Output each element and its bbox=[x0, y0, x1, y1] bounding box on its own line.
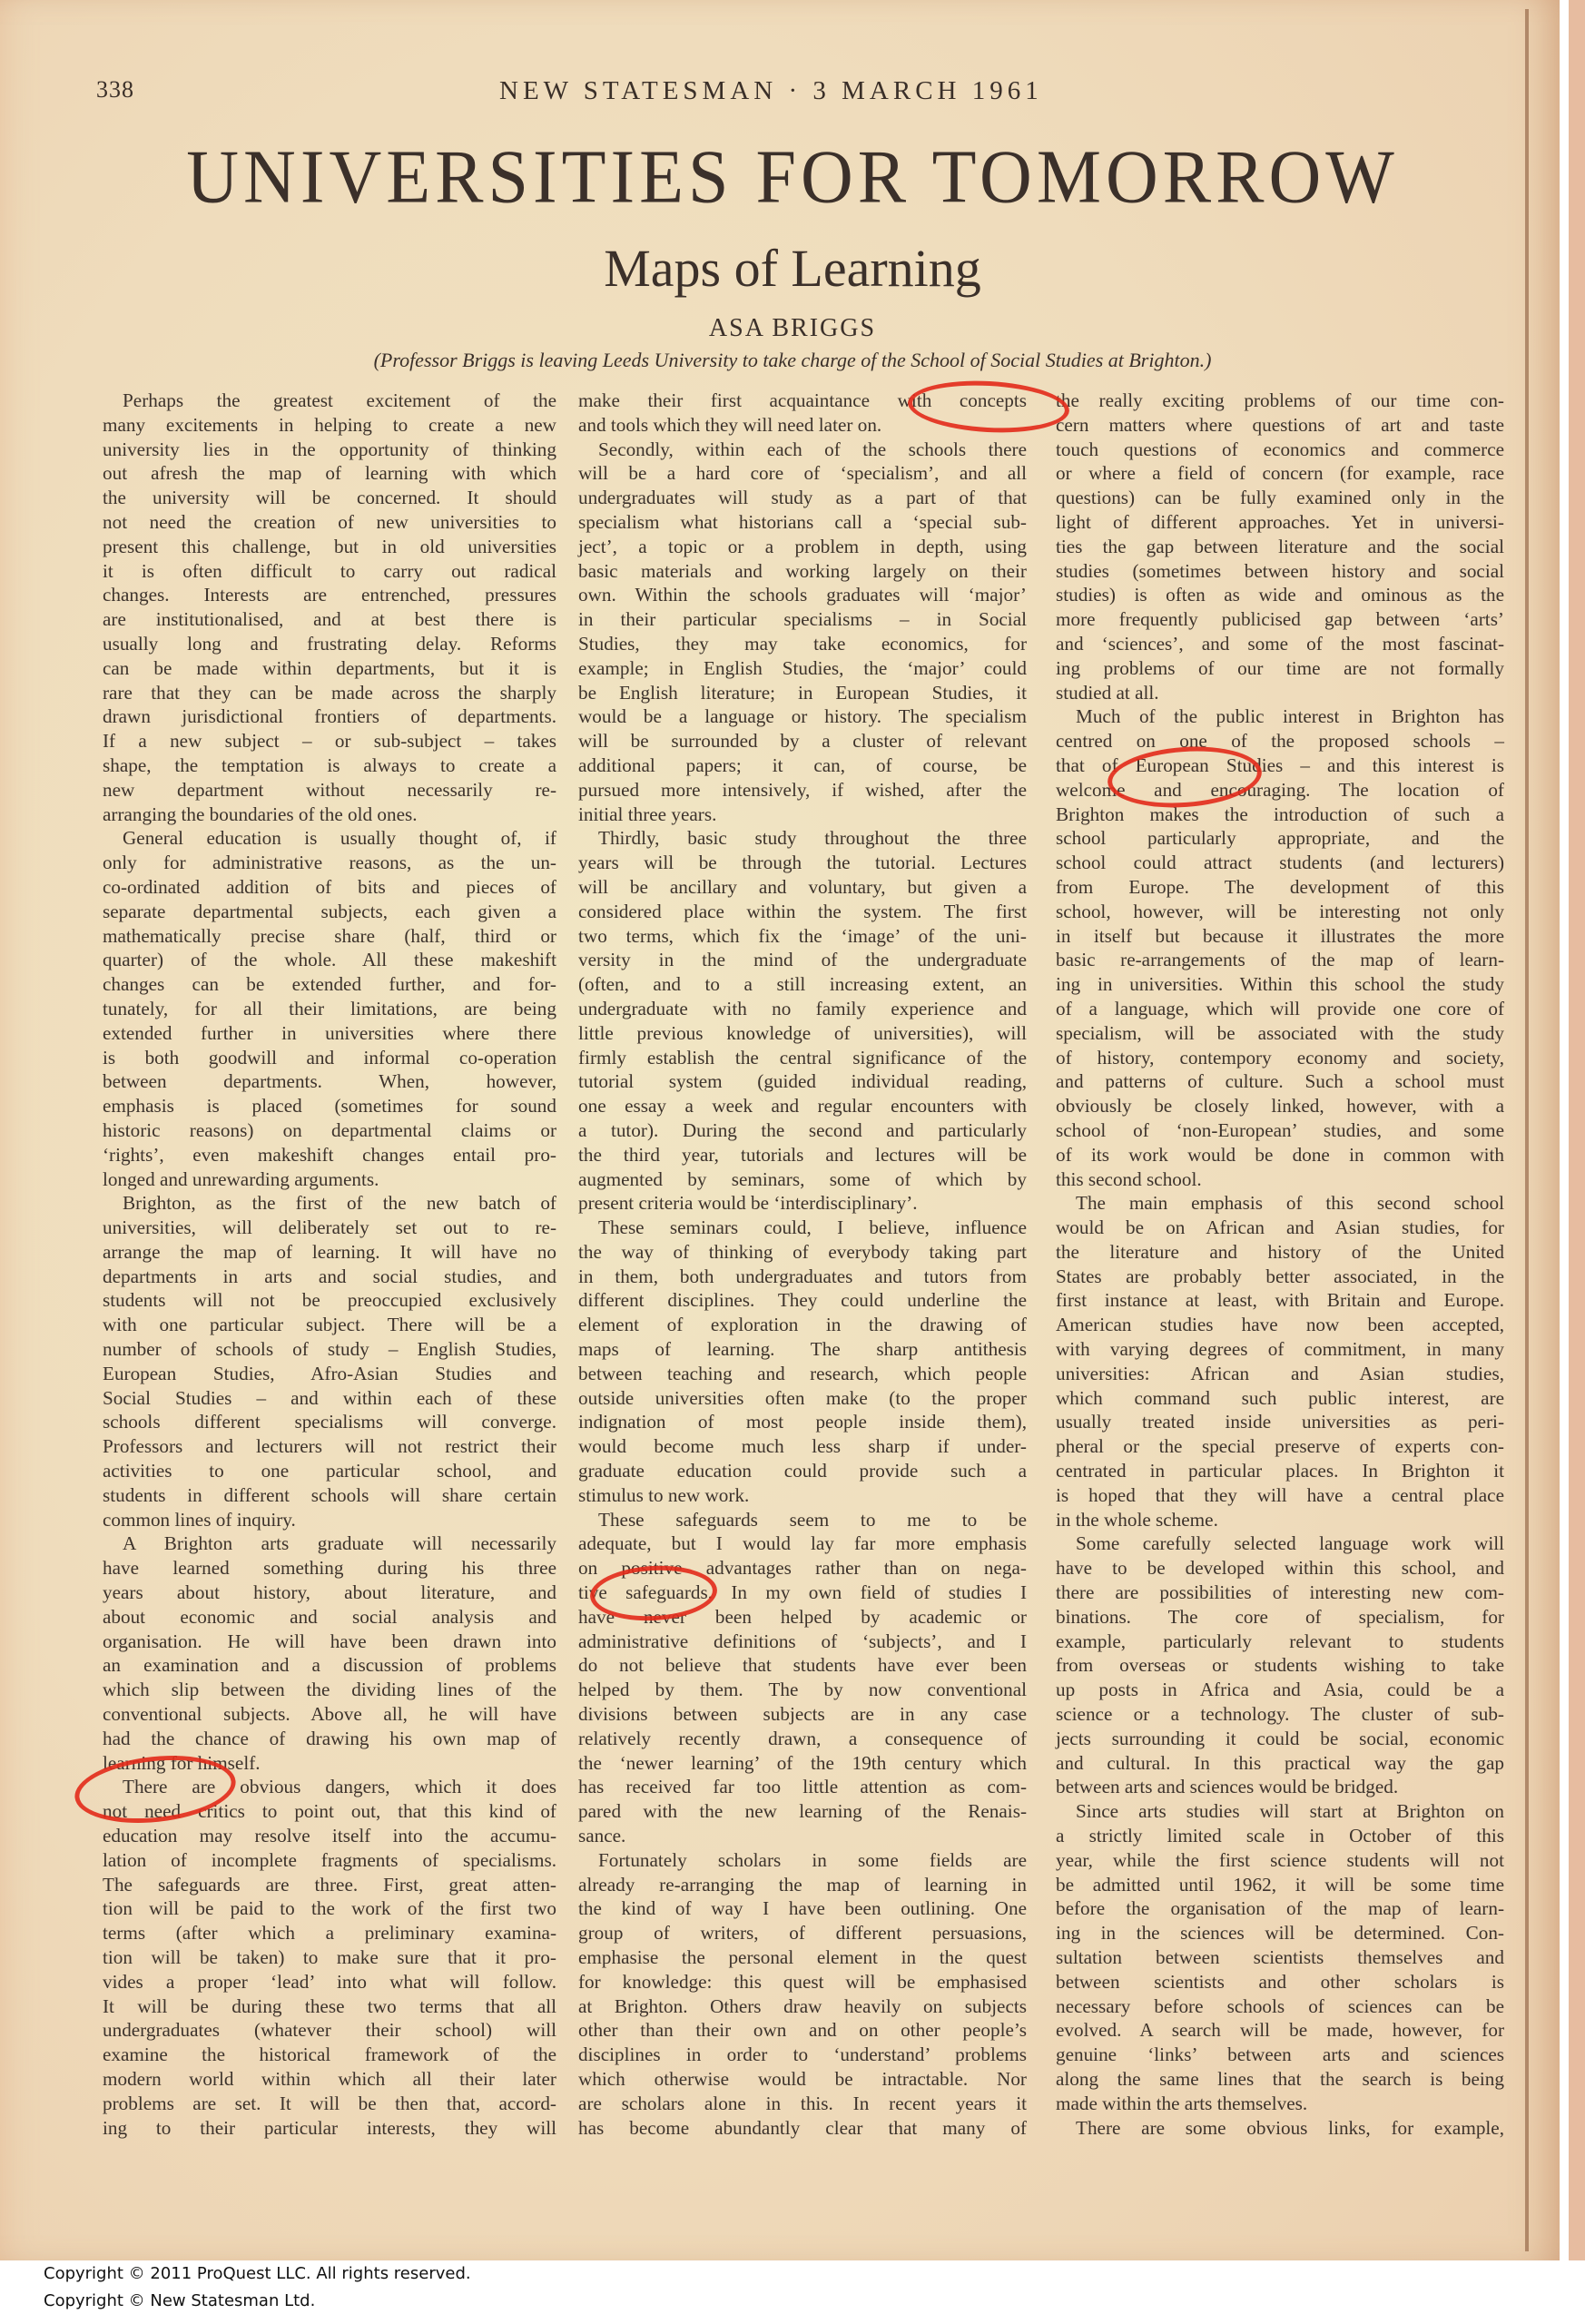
text-line: about economic and social analysis and bbox=[103, 1605, 556, 1630]
text-line: from Europe. The development of this bbox=[1056, 875, 1504, 900]
text-line: sultation between scientists themselves … bbox=[1056, 1945, 1504, 1970]
text-line: indignation of most people inside them), bbox=[578, 1410, 1027, 1434]
text-line: are scholars alone in this. In recent ye… bbox=[578, 2092, 1027, 2116]
text-line: different disciplines. They could underl… bbox=[578, 1288, 1027, 1313]
text-line: be admitted until 1962, it will be some … bbox=[1056, 1873, 1504, 1897]
text-line: years about history, about literature, a… bbox=[103, 1581, 556, 1605]
text-line: in the whole scheme. bbox=[1056, 1508, 1504, 1532]
text-line: number of schools of study – English Stu… bbox=[103, 1337, 556, 1362]
text-line: centred on one of the proposed schools – bbox=[1056, 729, 1504, 753]
text-line: sance. bbox=[578, 1824, 1027, 1848]
text-line: versity in the mind of the undergraduate bbox=[578, 948, 1027, 972]
text-line: stimulus to new work. bbox=[578, 1483, 1027, 1508]
text-line: which slip between the dividing lines of… bbox=[103, 1678, 556, 1702]
text-line: pared with the new learning of the Renai… bbox=[578, 1799, 1027, 1824]
page-number: 338 bbox=[96, 76, 134, 103]
text-line: activities to one particular school, and bbox=[103, 1459, 556, 1483]
text-column-2: make their first acquaintance with conce… bbox=[578, 389, 1027, 2140]
text-line: before the organisation of the map of le… bbox=[1056, 1896, 1504, 1921]
text-line: the university will be concerned. It sho… bbox=[103, 486, 556, 510]
text-line: school of ‘non-European’ studies, and so… bbox=[1056, 1118, 1504, 1143]
text-line: undergraduates (whatever their school) w… bbox=[103, 2018, 556, 2043]
text-line: along the same lines that the search is … bbox=[1056, 2067, 1504, 2092]
text-line: schools different specialisms will conve… bbox=[103, 1410, 556, 1434]
text-line: shape, the temptation is always to creat… bbox=[103, 753, 556, 778]
text-line: ties the gap between literature and the … bbox=[1056, 535, 1504, 559]
text-line: or where a field of concern (for example… bbox=[1056, 461, 1504, 486]
running-head: NEW STATESMAN · 3 MARCH 1961 bbox=[499, 76, 1043, 106]
copyright-footer: Copyright © 2011 ProQuest LLC. All right… bbox=[44, 2260, 471, 2315]
text-line: drawn jurisdictional frontiers of depart… bbox=[103, 704, 556, 729]
text-line: from overseas or students wishing to tak… bbox=[1056, 1653, 1504, 1678]
text-line: vides a proper ‘lead’ into what will fol… bbox=[103, 1970, 556, 1994]
text-line: in them, both undergraduates and tutors … bbox=[578, 1265, 1027, 1289]
text-line: group of writers, of different persuasio… bbox=[578, 1921, 1027, 1945]
text-line: States are probably better associated, i… bbox=[1056, 1265, 1504, 1289]
text-line: departments in arts and social studies, … bbox=[103, 1265, 556, 1289]
text-line: common lines of inquiry. bbox=[103, 1508, 556, 1532]
text-line: changes can be extended further, and for… bbox=[103, 972, 556, 997]
text-line: tutorial system (guided individual readi… bbox=[578, 1069, 1027, 1094]
text-line: an examination and a discussion of probl… bbox=[103, 1653, 556, 1678]
text-line: out afresh the map of learning with whic… bbox=[103, 461, 556, 486]
text-line: other than their own and on other people… bbox=[578, 2018, 1027, 2043]
text-line: usually long and frustrating delay. Refo… bbox=[103, 632, 556, 656]
paragraph-start-line: There are some obvious links, for exampl… bbox=[1056, 2116, 1504, 2141]
text-line: two terms, which fix the ‘image’ of the … bbox=[578, 924, 1027, 949]
text-line: do not believe that students have ever b… bbox=[578, 1653, 1027, 1678]
text-line: maps of learning. The sharp antithesis bbox=[578, 1337, 1027, 1362]
copyright-proquest: Copyright © 2011 ProQuest LLC. All right… bbox=[44, 2260, 471, 2288]
standfirst: (Professor Briggs is leaving Leeds Unive… bbox=[0, 349, 1585, 372]
text-line: disciplines in order to ‘understand’ pro… bbox=[578, 2043, 1027, 2067]
text-line: undergraduates will study as a part of t… bbox=[578, 486, 1027, 510]
paragraph-start-line: Fortunately scholars in some fields are bbox=[578, 1848, 1027, 1873]
text-column-1: Perhaps the greatest excitement of thema… bbox=[103, 389, 556, 2140]
text-line: arranging the boundaries of the old ones… bbox=[103, 803, 556, 827]
text-line: made within the arts themselves. bbox=[1056, 2092, 1504, 2116]
text-line: The safeguards are three. First, great a… bbox=[103, 1873, 556, 1897]
text-line: touch questions of economics and commerc… bbox=[1056, 438, 1504, 462]
text-line: students in different schools will share… bbox=[103, 1483, 556, 1508]
text-line: Professors and lecturers will not restri… bbox=[103, 1434, 556, 1459]
text-line: adequate, but I would lay far more empha… bbox=[578, 1531, 1027, 1556]
text-line: helped by them. The by now conventional bbox=[578, 1678, 1027, 1702]
text-line: longed and unrewarding arguments. bbox=[103, 1167, 556, 1192]
text-line: European Studies, Afro-Asian Studies and bbox=[103, 1362, 556, 1386]
text-line: studies (sometimes between history and s… bbox=[1056, 559, 1504, 584]
text-line: students will not be preoccupied exclusi… bbox=[103, 1288, 556, 1313]
text-line: rare that they can be made across the sh… bbox=[103, 681, 556, 705]
text-line: and ‘sciences’, and some of the most fas… bbox=[1056, 632, 1504, 656]
paragraph-start-line: Secondly, within each of the schools the… bbox=[578, 438, 1027, 462]
text-line: light of different approaches. Yet in un… bbox=[1056, 510, 1504, 535]
text-line: studied at all. bbox=[1056, 681, 1504, 705]
text-line: outside universities often make (to the … bbox=[578, 1386, 1027, 1411]
text-line: not need the creation of new universitie… bbox=[103, 510, 556, 535]
text-line: specialism, will be associated with the … bbox=[1056, 1021, 1504, 1046]
text-line: between scientists and other scholars is bbox=[1056, 1970, 1504, 1994]
text-line: necessary before schools of sciences can… bbox=[1056, 1994, 1504, 2019]
text-line: will be ancillary and voluntary, but giv… bbox=[578, 875, 1027, 900]
text-line: own. Within the schools graduates will ‘… bbox=[578, 583, 1027, 607]
text-line: emphasis is placed (sometimes for sound bbox=[103, 1094, 556, 1118]
text-line: emphasise the personal element in the qu… bbox=[578, 1945, 1027, 1970]
text-line: obviously be closely linked, however, wi… bbox=[1056, 1094, 1504, 1118]
text-line: present this challenge, but in old unive… bbox=[103, 535, 556, 559]
text-line: school could attract students (and lectu… bbox=[1056, 851, 1504, 875]
text-line: and cultural. In this practical way the … bbox=[1056, 1751, 1504, 1776]
paragraph-start-line: Thirdly, basic study throughout the thre… bbox=[578, 826, 1027, 851]
text-line: first instance at least, with Britain an… bbox=[1056, 1288, 1504, 1313]
text-line: science or a technology. The cluster of … bbox=[1056, 1702, 1504, 1727]
text-line: tion will be paid to the work of the fir… bbox=[103, 1896, 556, 1921]
text-line: which command such public interest, are bbox=[1056, 1386, 1504, 1411]
article-subtitle: Maps of Learning bbox=[0, 238, 1585, 299]
text-line: studies) is often as wide and ominous as… bbox=[1056, 583, 1504, 607]
text-line: is both goodwill and informal co-operati… bbox=[103, 1046, 556, 1070]
text-line: additional papers; it can, of course, be bbox=[578, 753, 1027, 778]
text-line: between arts and sciences would be bridg… bbox=[1056, 1775, 1504, 1799]
text-line: administrative definitions of ‘subjects’… bbox=[578, 1630, 1027, 1654]
text-line: university lies in the opportunity of th… bbox=[103, 438, 556, 462]
text-line: relatively recently drawn, a consequence… bbox=[578, 1727, 1027, 1751]
text-line: firmly establish the central significanc… bbox=[578, 1046, 1027, 1070]
text-line: organisation. He will have been drawn in… bbox=[103, 1630, 556, 1654]
text-line: of a language, which will provide one co… bbox=[1056, 997, 1504, 1021]
text-line: school, however, will be interesting not… bbox=[1056, 900, 1504, 924]
text-line: for knowledge: this quest will be emphas… bbox=[578, 1970, 1027, 1994]
text-line: (often, and to a still increasing extent… bbox=[578, 972, 1027, 997]
text-line: modern world within which all their late… bbox=[103, 2067, 556, 2092]
text-line: tion will be taken) to make sure that it… bbox=[103, 1945, 556, 1970]
text-line: ing to their particular interests, they … bbox=[103, 2116, 556, 2141]
text-line: changes. Interests are entrenched, press… bbox=[103, 583, 556, 607]
text-line: pheral or the special preserve of expert… bbox=[1056, 1434, 1504, 1459]
text-line: ing problems of our time are not formall… bbox=[1056, 656, 1504, 681]
text-line: tunately, for all their limitations, are… bbox=[103, 997, 556, 1021]
text-line: of history, contempory economy and socie… bbox=[1056, 1046, 1504, 1070]
text-line: graduate education could provide such a bbox=[578, 1459, 1027, 1483]
paragraph-start-line: Since arts studies will start at Brighto… bbox=[1056, 1799, 1504, 1824]
text-line: education may resolve itself into the ac… bbox=[103, 1824, 556, 1848]
text-line: would become much less sharp if under- bbox=[578, 1434, 1027, 1459]
article-title: UNIVERSITIES FOR TOMORROW bbox=[0, 134, 1585, 222]
paragraph-start-line: Perhaps the greatest excitement of the bbox=[103, 389, 556, 413]
paragraph-start-line: These safeguards seem to me to be bbox=[578, 1508, 1027, 1532]
text-line: up posts in Africa and Asia, could be a bbox=[1056, 1678, 1504, 1702]
text-line: one essay a week and regular encounters … bbox=[578, 1094, 1027, 1118]
text-line: would be on African and Asian studies, f… bbox=[1056, 1216, 1504, 1240]
text-line: many excitements in helping to create a … bbox=[103, 413, 556, 438]
text-line: years will be through the tutorial. Lect… bbox=[578, 851, 1027, 875]
text-line: genuine ‘links’ between arts and science… bbox=[1056, 2043, 1504, 2067]
text-line: the way of thinking of everybody taking … bbox=[578, 1240, 1027, 1265]
text-line: cern matters where questions of art and … bbox=[1056, 413, 1504, 438]
adjacent-page-edge bbox=[1569, 0, 1585, 2260]
text-line: binations. The core of specialism, for bbox=[1056, 1605, 1504, 1630]
text-line: can be made within departments, but it i… bbox=[103, 656, 556, 681]
text-line: undergraduate with no family experience … bbox=[578, 997, 1027, 1021]
text-line: universities: African and Asian studies, bbox=[1056, 1362, 1504, 1386]
scanned-page: 338 NEW STATESMAN · 3 MARCH 1961 UNIVERS… bbox=[0, 0, 1560, 2260]
text-line: terms (after which a preliminary examina… bbox=[103, 1921, 556, 1945]
text-line: is hoped that they will have a central p… bbox=[1056, 1483, 1504, 1508]
paragraph-start-line: A Brighton arts graduate will necessaril… bbox=[103, 1531, 556, 1556]
text-line: augmented by seminars, some of which by bbox=[578, 1167, 1027, 1192]
text-line: basic materials and working largely on t… bbox=[578, 559, 1027, 584]
text-line: a tutor). During the second and particul… bbox=[578, 1118, 1027, 1143]
text-line: jects surrounding it could be social, ec… bbox=[1056, 1727, 1504, 1751]
paragraph-start-line: Much of the public interest in Brighton … bbox=[1056, 704, 1504, 729]
text-line: If a new subject – or sub-subject – take… bbox=[103, 729, 556, 753]
text-line: initial three years. bbox=[578, 803, 1027, 827]
text-line: divisions between subjects are in any ca… bbox=[578, 1702, 1027, 1727]
text-line: a strictly limited scale in October of t… bbox=[1056, 1824, 1504, 1848]
page-spine-shadow bbox=[1525, 9, 1529, 2251]
paragraph-start-line: These seminars could, I believe, influen… bbox=[578, 1216, 1027, 1240]
text-line: historic reasons) on departmental claims… bbox=[103, 1118, 556, 1143]
text-line: element of exploration in the drawing of bbox=[578, 1313, 1027, 1337]
text-line: and patterns of culture. Such a school m… bbox=[1056, 1069, 1504, 1094]
text-line: in itself but because it illustrates the… bbox=[1056, 924, 1504, 949]
text-line: there are possibilities of interesting n… bbox=[1056, 1581, 1504, 1605]
text-line: has received far too little attention as… bbox=[578, 1775, 1027, 1799]
text-line: considered place within the system. The … bbox=[578, 900, 1027, 924]
text-line: ing in the sciences will be determined. … bbox=[1056, 1921, 1504, 1945]
text-line: the third year, tutorials and lectures w… bbox=[578, 1143, 1027, 1167]
text-line: already re-arranging the map of learning… bbox=[578, 1873, 1027, 1897]
text-line: the kind of way I have been outlining. O… bbox=[578, 1896, 1027, 1921]
text-line: It will be during these two terms that a… bbox=[103, 1994, 556, 2019]
text-line: conventional subjects. Above all, he wil… bbox=[103, 1702, 556, 1727]
text-line: would be a language or history. The spec… bbox=[578, 704, 1027, 729]
text-line: basic re-arrangements of the map of lear… bbox=[1056, 948, 1504, 972]
text-line: mathematically precise share (half, thir… bbox=[103, 924, 556, 949]
text-line: centrated in particular places. In Brigh… bbox=[1056, 1459, 1504, 1483]
text-line: had the chance of drawing his own map of bbox=[103, 1727, 556, 1751]
paragraph-start-line: Brighton, as the first of the new batch … bbox=[103, 1191, 556, 1216]
text-line: between teaching and research, which peo… bbox=[578, 1362, 1027, 1386]
text-line: year, while the first science students w… bbox=[1056, 1848, 1504, 1873]
text-line: with one particular subject. There will … bbox=[103, 1313, 556, 1337]
text-line: has become abundantly clear that many of bbox=[578, 2116, 1027, 2141]
text-line: Brighton makes the introduction of such … bbox=[1056, 803, 1504, 827]
text-line: will be a hard core of ‘specialism’, and… bbox=[578, 461, 1027, 486]
text-line: have learned something during his three bbox=[103, 1556, 556, 1581]
text-line: school particularly appropriate, and the bbox=[1056, 826, 1504, 851]
text-line: ject’, a topic or a problem in depth, us… bbox=[578, 535, 1027, 559]
text-line: it is often difficult to carry out radic… bbox=[103, 559, 556, 584]
text-line: usually treated inside universities as p… bbox=[1056, 1410, 1504, 1434]
text-line: pursued more intensively, if wished, aft… bbox=[578, 778, 1027, 803]
text-line: in their particular specialisms – in Soc… bbox=[578, 607, 1027, 632]
page-header: 338 NEW STATESMAN · 3 MARCH 1961 bbox=[0, 76, 1585, 113]
text-line: the ‘newer learning’ of the 19th century… bbox=[578, 1751, 1027, 1776]
text-line: co-ordinated addition of bits and pieces… bbox=[103, 875, 556, 900]
text-line: American studies have now been accepted, bbox=[1056, 1313, 1504, 1337]
text-line: of its work would be done in common with bbox=[1056, 1143, 1504, 1167]
text-line: quarter) of the whole. All these makeshi… bbox=[103, 948, 556, 972]
text-line: universities, will deliberately set out … bbox=[103, 1216, 556, 1240]
text-line: more frequently publicised gap between ‘… bbox=[1056, 607, 1504, 632]
text-line: evolved. A search will be made, however,… bbox=[1056, 2018, 1504, 2043]
paragraph-start-line: General education is usually thought of,… bbox=[103, 826, 556, 851]
paragraph-start-line: The main emphasis of this second school bbox=[1056, 1191, 1504, 1216]
text-line: example; in English Studies, the ‘major’… bbox=[578, 656, 1027, 681]
text-line: extended further in universities where t… bbox=[103, 1021, 556, 1046]
text-line: will be surrounded by a cluster of relev… bbox=[578, 729, 1027, 753]
text-line: be English literature; in European Studi… bbox=[578, 681, 1027, 705]
text-line: the really exciting problems of our time… bbox=[1056, 389, 1504, 413]
text-column-3: the really exciting problems of our time… bbox=[1056, 389, 1504, 2140]
text-line: only for administrative reasons, as the … bbox=[103, 851, 556, 875]
text-line: Studies, they may take economics, for bbox=[578, 632, 1027, 656]
text-line: ing in universities. Within this school … bbox=[1056, 972, 1504, 997]
text-line: ‘rights’, even makeshift changes entail … bbox=[103, 1143, 556, 1167]
text-line: at Brighton. Others draw heavily on subj… bbox=[578, 1994, 1027, 2019]
text-line: specialism what historians call a ‘speci… bbox=[578, 510, 1027, 535]
text-line: new department without necessarily re- bbox=[103, 778, 556, 803]
text-line: present criteria would be ‘interdiscipli… bbox=[578, 1191, 1027, 1216]
author-byline: ASA BRIGGS bbox=[0, 314, 1585, 343]
text-line: separate departmental subjects, each giv… bbox=[103, 900, 556, 924]
text-line: examine the historical framework of the bbox=[103, 2043, 556, 2067]
text-line: with varying degrees of commitment, in m… bbox=[1056, 1337, 1504, 1362]
text-line: problems are set. It will be then that, … bbox=[103, 2092, 556, 2116]
text-line: the literature and history of the United bbox=[1056, 1240, 1504, 1265]
text-line: example, particularly relevant to studen… bbox=[1056, 1630, 1504, 1654]
paragraph-start-line: Some carefully selected language work wi… bbox=[1056, 1531, 1504, 1556]
text-line: which otherwise would be intractable. No… bbox=[578, 2067, 1027, 2092]
text-line: this second school. bbox=[1056, 1167, 1504, 1192]
text-line: arrange the map of learning. It will hav… bbox=[103, 1240, 556, 1265]
text-line: are institutionalised, and at best there… bbox=[103, 607, 556, 632]
copyright-new-statesman: Copyright © New Statesman Ltd. bbox=[44, 2288, 471, 2315]
text-line: questions) can be fully examined only in… bbox=[1056, 486, 1504, 510]
text-line: have to be developed within this school,… bbox=[1056, 1556, 1504, 1581]
text-line: between departments. When, however, bbox=[103, 1069, 556, 1094]
text-line: little previous knowledge of universitie… bbox=[578, 1021, 1027, 1046]
text-line: lation of incomplete fragments of specia… bbox=[103, 1848, 556, 1873]
text-line: Social Studies – and within each of thes… bbox=[103, 1386, 556, 1411]
